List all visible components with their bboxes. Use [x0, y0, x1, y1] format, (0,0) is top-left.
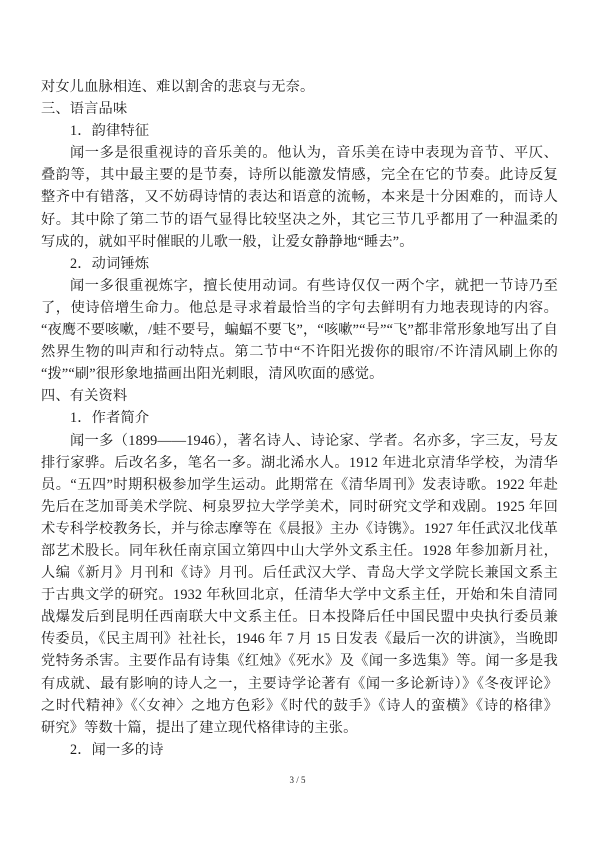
document-page: 对女儿血脉相连、难以割舍的悲哀与无奈。 三、语言品味 1．韵律特征 闻一多是很重…	[0, 0, 595, 841]
section-heading: 三、语言品味	[41, 98, 558, 120]
text-line: 先后在芝加哥美术学院、柯泉罗拉大学学美术，同时研究文学和戏剧。1925 年回国任…	[41, 496, 558, 518]
page-number: 3 / 5	[0, 774, 595, 786]
text-line: 叠韵等，其中最主要的是节奏，诗所以能激发情感，完全在它的节奏。此诗反复吟唱，句子	[41, 164, 558, 186]
subsection-heading: 1．韵律特征	[41, 120, 558, 142]
text-line: 写成的，就如平时催眠的儿歌一般，让爱女静静地“睡去”。	[41, 231, 558, 253]
text-line: 部艺术股长。同年秋任南京国立第四中山大学外文系主任。1928 年参加新月社，与徐…	[41, 540, 558, 562]
text-line: 之时代精神》《〈女神〉之地方色彩》《时代的鼓手》《诗人的蛮横》《诗的格律》《律诗…	[41, 695, 558, 717]
text-line: “夜鹰不要咳嗽，/蛙不要号，蝙蝠不要飞”，“咳嗽”“号”“飞”都非常形象地写出了…	[41, 319, 558, 341]
text-line: 了，使诗倍增生命力。他总是寻求着最恰当的字句去鲜明有力地表现诗的内容。第一节中写	[41, 297, 558, 319]
document-body: 对女儿血脉相连、难以割舍的悲哀与无奈。 三、语言品味 1．韵律特征 闻一多是很重…	[41, 76, 558, 761]
text-line: “拨”“刷”很形象地描画出阳光刺眼，清风吹面的感觉。	[41, 363, 558, 385]
text-line: 对女儿血脉相连、难以割舍的悲哀与无奈。	[41, 76, 558, 98]
subsection-heading: 2．动词锤炼	[41, 253, 558, 275]
text-line: 闻一多（1899——1946），著名诗人、诗论家、学者。名亦多，字三友，号友山，…	[41, 430, 558, 452]
text-line: 人编《新月》月刊和《诗》月刊。后任武汉大学、青岛大学文学院长兼国文系主任，并致力	[41, 562, 558, 584]
text-line: 有成就、最有影响的诗人之一，主要诗学论著有《闻一多论新诗）》《冬夜评论》《〈女神…	[41, 673, 558, 695]
text-line: 闻一多很重视炼字，擅长使用动词。有些诗仅仅一两个字，就把一节诗乃至整首诗写活	[41, 275, 558, 297]
text-line: 战爆发后到昆明任西南联大中文系主任。日本投降后任中国民盟中央执行委员兼云南支部宣	[41, 606, 558, 628]
text-line: 然界生物的叫声和行动特点。第二节中“不许阳光拨你的眼帘/不许清风刷上你的眉”，	[41, 341, 558, 363]
text-line: 排行家骅。后改名多，笔名一多。湖北浠水人。1912 年进北京清华学校，为清华文学…	[41, 452, 558, 474]
text-line: 于古典文学的研究。1932 年秋回北京，任清华大学中文系主任，开始和朱自清同事论…	[41, 584, 558, 606]
text-line: 研究》等数十篇，提出了建立现代格律诗的主张。	[41, 717, 558, 739]
subsection-heading: 1．作者简介	[41, 407, 558, 429]
text-line: 员。“五四”时期积极参加学生运动。此期常在《清华周刊》发表诗歌。1922 年赴美…	[41, 474, 558, 496]
text-line: 党特务杀害。主要作品有诗集《红烛》《死水》及《闻一多选集》等。闻一多是我国现代最	[41, 650, 558, 672]
text-line: 好。其中除了第二节的语气显得比较坚决之外，其它三节几乎都用了一种温柔的轻轻的语气	[41, 209, 558, 231]
subsection-heading: 2．闻一多的诗	[41, 739, 558, 761]
section-heading: 四、有关资料	[41, 385, 558, 407]
text-line: 传委员，《民主周刊》社社长，1946 年 7 月 15 日发表《最后一次的讲演》…	[41, 628, 558, 650]
text-line: 闻一多是很重视诗的音乐美的。他认为，音乐美在诗中表现为音节、平仄、韵、双声、	[41, 142, 558, 164]
text-line: 术专科学校教务长，并与徐志摩等在《晨报》主办《诗镌》。1927 年任武汉北伐革命…	[41, 518, 558, 540]
text-line: 整齐中有错落，又不妨碍诗情的表达和语意的流畅，本来是十分困难的，而诗人却处理得很	[41, 186, 558, 208]
